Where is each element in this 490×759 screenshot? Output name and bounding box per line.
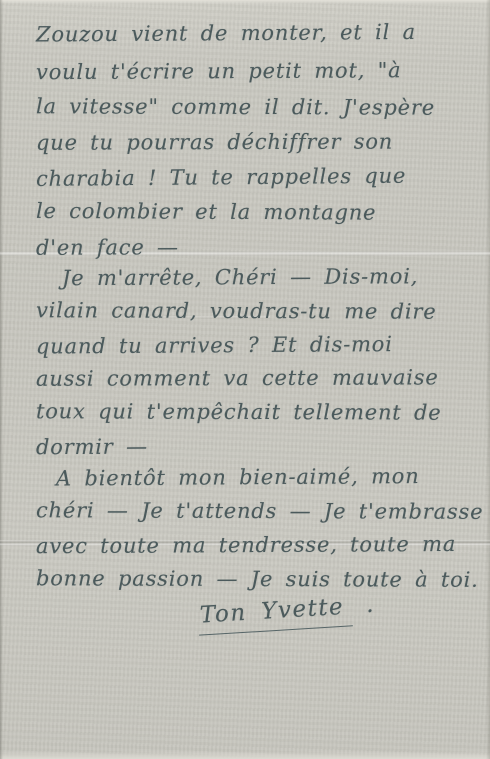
letter-line: le colombier et la montagne: [36, 198, 476, 226]
paper-edge-right: [486, 0, 490, 759]
paper-edge-left: [0, 0, 3, 759]
letter-line: d'en face —: [36, 233, 476, 261]
letter-line: charabia ! Tu te rappelles que: [36, 162, 476, 192]
letter-line: bonne passion — Je suis toute à toi.: [36, 565, 476, 593]
letter-line: Je m'arrête, Chéri — Dis-moi,: [62, 263, 490, 291]
letter-line: aussi comment va cette mauvaise: [36, 364, 476, 392]
letter-line: toux qui t'empêchait tellement de: [36, 398, 476, 426]
paper-edge-bottom: [0, 751, 490, 759]
signature-name: Ton Yvette: [197, 593, 353, 635]
letter-line: chéri — Je t'attends — Je t'embrasse: [36, 497, 476, 525]
letter-line: Zouzou vient de monter, et il a: [36, 18, 476, 47]
letter-line: voulu t'écrire un petit mot, "à: [36, 57, 476, 85]
letter-line: dormir —: [36, 432, 476, 460]
letter-line: avec toute ma tendresse, toute ma: [36, 531, 476, 559]
paper-edge-top: [0, 0, 490, 4]
letter-page: Zouzou vient de monter, et il a voulu t'…: [0, 0, 490, 759]
letter-line: quand tu arrives ? Et dis-moi: [36, 330, 476, 359]
letter-line: que tu pourras déchiffrer son: [36, 128, 476, 156]
letter-line: A bientôt mon bien-aimé, mon: [56, 462, 490, 491]
letter-line: la vitesse" comme il dit. J'espère: [36, 93, 476, 121]
signature: Ton Yvette.: [198, 598, 375, 631]
letter-line: vilain canard, voudras-tu me dire: [36, 297, 476, 325]
signature-punctuation: .: [366, 592, 375, 618]
